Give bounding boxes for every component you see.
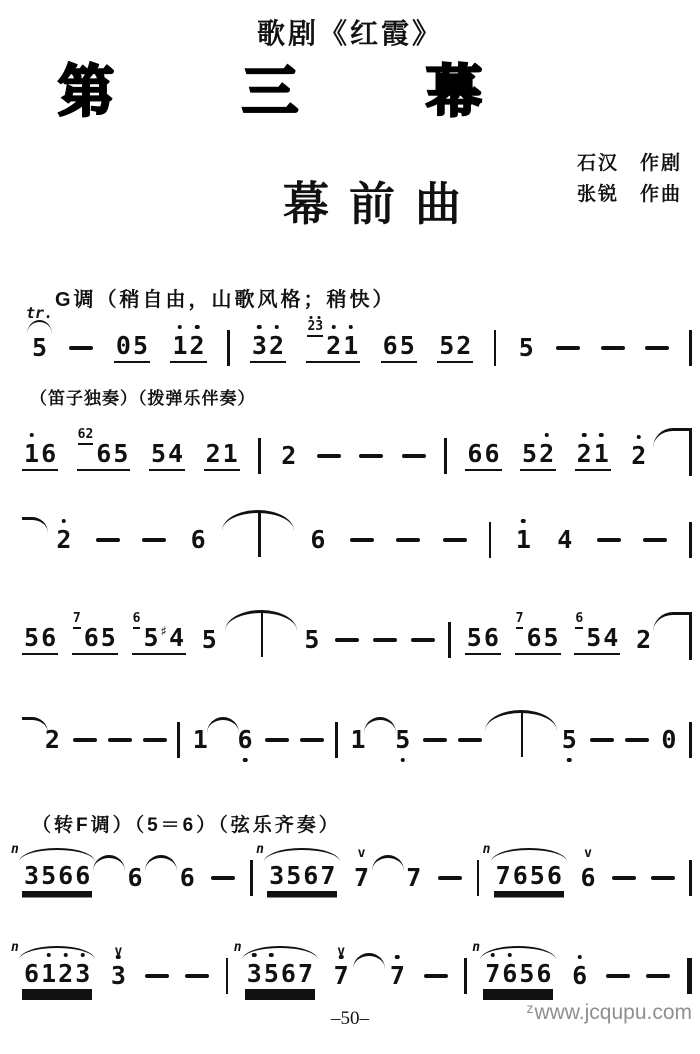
octave-dot-low — [243, 758, 248, 763]
duration-dash — [96, 538, 120, 542]
note-digit: 2 — [44, 727, 61, 753]
note-group: 56 — [465, 625, 501, 655]
note-group: 6 — [570, 963, 589, 989]
note-group: 52 — [437, 333, 473, 363]
duration-dash — [458, 738, 482, 742]
note-group: 7 — [404, 865, 423, 891]
note-digit: 6 — [571, 963, 588, 989]
note-digit: 7 — [495, 863, 512, 889]
duration-dash — [373, 638, 397, 642]
note-digit: 5 — [263, 961, 280, 987]
measure-barline — [258, 438, 261, 474]
note-digit: 6 — [74, 863, 91, 889]
grace-notes: 6 — [575, 612, 583, 629]
note-digit: 6 — [535, 961, 552, 987]
mordent-ornament: n — [472, 940, 480, 955]
note-digit: 0 — [660, 727, 677, 753]
note-group: 2 — [634, 627, 653, 653]
note-group: n3566 — [22, 863, 92, 893]
measure-barline — [464, 958, 467, 994]
tie-hook-in — [22, 517, 48, 535]
note-digit: 2 — [280, 443, 297, 469]
note-digit: 2 — [635, 627, 652, 653]
note-digit: 1 — [342, 333, 359, 359]
grace-notes: 7 — [73, 612, 81, 629]
notation-system-1: tr.5051232232165525 — [30, 322, 692, 374]
notation-system-6: n356666n3567v77n7656v6 — [22, 852, 692, 904]
duration-dash — [69, 346, 93, 350]
grace-notes: 7 — [516, 612, 524, 629]
note-group: 765 — [515, 625, 561, 655]
duration-dash — [590, 738, 614, 742]
note-group: n3567 — [267, 863, 337, 893]
note-digit: 5 — [518, 961, 535, 987]
mordent-ornament: n — [11, 842, 19, 857]
octave-dot-high — [637, 435, 642, 440]
octave-dot-high — [348, 325, 353, 330]
note-digit: 7 — [405, 865, 422, 891]
tie-hook-out — [653, 428, 692, 476]
duration-dash — [612, 876, 636, 880]
note-digit: 2 — [325, 333, 342, 359]
note-digit: 5 — [543, 625, 560, 651]
note-group: 765 — [72, 625, 118, 655]
slur-arc — [207, 717, 239, 733]
octave-dot-high — [257, 325, 262, 330]
octave-dot-high — [29, 433, 34, 438]
note-group: 6 — [236, 727, 255, 753]
note-digit: 5 — [201, 627, 218, 653]
mordent-ornament: n — [11, 940, 19, 955]
notation-system-2: 166265542126652212 — [22, 430, 692, 482]
measure-barline — [226, 958, 229, 994]
note-group: 65 — [381, 333, 417, 363]
duration-dash — [73, 738, 97, 742]
note-digit: 6 — [57, 863, 74, 889]
note-group: n7656 — [483, 961, 553, 991]
octave-dot-high — [195, 325, 200, 330]
tie-hook-out — [653, 612, 692, 660]
measure-barline — [335, 722, 338, 758]
note-digit: 1 — [23, 441, 40, 467]
note-group: 66 — [465, 441, 501, 471]
measure-barline — [689, 860, 692, 896]
note-group: 1 — [514, 527, 533, 553]
note-digit: 6 — [179, 865, 196, 891]
grace-notes: 23 — [307, 320, 323, 337]
note-digit: 5 — [23, 625, 40, 651]
note-digit: 6 — [78, 428, 86, 442]
note-group: 54 — [149, 441, 185, 471]
notation-system-7: n6123v3n3567v77n76566 — [22, 950, 692, 1002]
note-digit: 0 — [115, 333, 132, 359]
notation-system-4: 5676565♯455567656542 — [22, 614, 692, 666]
note-group: 6 — [189, 527, 208, 553]
note-group: 5 — [393, 727, 412, 753]
note-digit: 1 — [222, 441, 239, 467]
note-group: 1 — [349, 727, 368, 753]
duration-dash — [317, 454, 341, 458]
measure-barline — [689, 330, 692, 366]
notation-system-3: 26614 — [22, 514, 692, 566]
note-digit: 6 — [501, 961, 518, 987]
note-digit: 6 — [83, 625, 100, 651]
octave-dot-low — [567, 758, 572, 763]
note-digit: 2 — [57, 961, 74, 987]
note-group: 2321 — [306, 333, 360, 363]
note-digit: 4 — [556, 527, 573, 553]
note-group: 52 — [520, 441, 556, 471]
tie-over-barline — [225, 610, 297, 658]
accent-mark: v — [358, 846, 366, 861]
note-group: 6 — [308, 527, 327, 553]
slur-arc — [93, 855, 125, 871]
note-digit: 5 — [438, 333, 455, 359]
note-digit: 2 — [55, 527, 72, 553]
note-digit: 2 — [85, 428, 93, 442]
note-digit: 3 — [110, 963, 127, 989]
note-digit: 2 — [189, 333, 206, 359]
duration-dash — [142, 538, 166, 542]
duration-dash — [145, 974, 169, 978]
note-digit: 2 — [268, 333, 285, 359]
note-group: 2 — [43, 727, 62, 753]
duration-dash — [424, 974, 448, 978]
duration-dash — [350, 538, 374, 542]
duration-dash — [185, 974, 209, 978]
mordent-ornament: n — [234, 940, 242, 955]
grace-notes: 6 — [133, 612, 141, 629]
note-digit: 5 — [561, 727, 578, 753]
duration-dash — [646, 974, 670, 978]
note-digit: 1 — [593, 441, 610, 467]
slur-arc — [364, 717, 396, 733]
note-group: 654 — [574, 625, 620, 655]
note-group: 6 — [125, 865, 144, 891]
duration-dash — [625, 738, 649, 742]
note-digit: 6 — [237, 727, 254, 753]
note-digit: 2 — [576, 441, 593, 467]
duration-dash — [396, 538, 420, 542]
note-group: 2 — [54, 527, 73, 553]
note-digit: 6 — [483, 625, 500, 651]
octave-dot-high — [318, 316, 321, 319]
note-digit: 6 — [382, 333, 399, 359]
note-group: n6123 — [22, 961, 92, 991]
octave-dot-high — [339, 955, 344, 960]
slur-arc-over-group — [19, 946, 95, 960]
measure-barline — [227, 330, 230, 366]
note-group: 12 — [170, 333, 206, 363]
note-group: 32 — [250, 333, 286, 363]
note-digit: 2 — [307, 320, 315, 334]
note-digit: 1 — [40, 961, 57, 987]
note-group: 7 — [388, 963, 407, 989]
measure-barline — [177, 722, 180, 758]
note-digit: 3 — [246, 961, 263, 987]
note-digit: 7 — [73, 612, 81, 626]
note-digit: 5 — [150, 441, 167, 467]
mordent-ornament: n — [483, 842, 491, 857]
slur-arc-over-group — [480, 946, 556, 960]
duration-dash — [443, 538, 467, 542]
note-digit: 7 — [333, 963, 350, 989]
note-digit: 5 — [466, 625, 483, 651]
note-digit: ♯ — [160, 625, 168, 640]
duration-dash — [359, 454, 383, 458]
note-digit: 3 — [315, 320, 323, 334]
duration-dash — [601, 346, 625, 350]
note-digit: 2 — [630, 443, 647, 469]
slur-arc-over-group — [27, 320, 52, 334]
note-digit: 7 — [353, 865, 370, 891]
note-group: v3 — [109, 963, 128, 989]
note-digit: 4 — [602, 625, 619, 651]
measure-barline — [689, 522, 692, 558]
note-digit: 7 — [389, 963, 406, 989]
note-digit: 3 — [23, 863, 40, 889]
duration-dash — [438, 876, 462, 880]
octave-dot-high — [331, 325, 336, 330]
note-digit: 4 — [168, 625, 185, 651]
slur-arc — [372, 855, 404, 871]
note-group: 2 — [629, 443, 648, 469]
note-digit: 6 — [126, 865, 143, 891]
note-digit: 6 — [280, 961, 297, 987]
note-digit: 1 — [350, 727, 367, 753]
note-digit: 5 — [521, 441, 538, 467]
octave-dot-high — [274, 325, 279, 330]
measure-barline — [689, 722, 692, 758]
note-digit: 6 — [580, 865, 597, 891]
duration-dash — [211, 876, 235, 880]
note-group: n3567 — [245, 961, 315, 991]
note-digit: 6 — [133, 612, 141, 626]
note-digit: 3 — [251, 333, 268, 359]
note-group: n7656 — [494, 863, 564, 893]
tie-over-barline — [222, 510, 294, 558]
watermark-z-icon: z — [526, 1000, 533, 1016]
duration-dash — [423, 738, 447, 742]
note-digit: 5 — [285, 863, 302, 889]
note-group: 5 — [517, 335, 536, 361]
measure-barline — [477, 860, 480, 896]
slur-arc-over-group — [242, 946, 318, 960]
measure-barline — [489, 522, 492, 558]
note-group: 2 — [279, 443, 298, 469]
note-digit: 3 — [74, 961, 91, 987]
note-digit: 6 — [23, 961, 40, 987]
note-group: 65♯4 — [132, 625, 186, 655]
octave-dot-high — [178, 325, 183, 330]
note-group: 6 — [178, 865, 197, 891]
final-barline — [687, 958, 692, 994]
note-digit: 5 — [132, 333, 149, 359]
accent-mark: v — [584, 846, 592, 861]
slur-arc-over-group — [19, 848, 95, 862]
note-digit: 6 — [575, 612, 583, 626]
note-group: 1 — [191, 727, 210, 753]
measure-barline — [448, 622, 451, 658]
note-digit: 7 — [516, 612, 524, 626]
duration-dash — [108, 738, 132, 742]
note-digit: 5 — [100, 625, 117, 651]
note-digit: 6 — [483, 441, 500, 467]
measure-barline — [250, 860, 253, 896]
note-group: 5 — [302, 627, 321, 653]
note-digit: 6 — [512, 863, 529, 889]
note-digit: 1 — [515, 527, 532, 553]
notation-system-5: 2161550 — [22, 714, 692, 766]
note-digit: 3 — [268, 863, 285, 889]
note-digit: 5 — [112, 441, 129, 467]
note-digit: 5 — [399, 333, 416, 359]
note-digit: 4 — [167, 441, 184, 467]
octave-dot-high — [521, 519, 526, 524]
watermark: zwww.jcqupu.com — [526, 1000, 692, 1025]
note-digit: 5 — [394, 727, 411, 753]
duration-dash — [411, 638, 435, 642]
octave-dot-high — [62, 519, 67, 524]
grace-notes: 62 — [78, 428, 94, 445]
duration-dash — [265, 738, 289, 742]
note-group: 56 — [22, 625, 58, 655]
note-digit: 7 — [297, 961, 314, 987]
slur-arc-over-group — [491, 848, 567, 862]
mordent-ornament: n — [256, 842, 264, 857]
note-group: 5 — [560, 727, 579, 753]
note-group: 5 — [200, 627, 219, 653]
octave-dot-high — [310, 316, 313, 319]
note-group: v6 — [579, 865, 598, 891]
duration-dash — [556, 346, 580, 350]
duration-dash — [651, 876, 675, 880]
note-group: 21 — [575, 441, 611, 471]
score-page: 歌剧《红霞》 第三幕 石汉 作剧 张锐 作曲 幕前曲 G调（稍自由，山歌风格；稍… — [0, 0, 700, 1054]
note-digit: 1 — [171, 333, 188, 359]
measure-barline — [494, 330, 497, 366]
note-digit: 5 — [142, 625, 159, 651]
note-group: v7 — [332, 963, 351, 989]
octave-dot-high — [582, 433, 587, 438]
note-digit: 6 — [309, 527, 326, 553]
note-digit: 1 — [192, 727, 209, 753]
note-digit: 6 — [40, 441, 57, 467]
slur-arc — [145, 855, 177, 871]
note-group: tr.5 — [30, 335, 49, 361]
duration-dash — [597, 538, 621, 542]
note-group: 16 — [22, 441, 58, 471]
note-digit: 6 — [546, 863, 563, 889]
notation-systems: tr.5051232232165525166265542126652212266… — [0, 0, 700, 1054]
note-digit: 2 — [205, 441, 222, 467]
note-digit: 7 — [319, 863, 336, 889]
duration-dash — [606, 974, 630, 978]
watermark-text: www.jcqupu.com — [534, 1001, 692, 1024]
octave-dot-high — [395, 955, 400, 960]
duration-dash — [143, 738, 167, 742]
note-group: v7 — [352, 865, 371, 891]
note-group: 6265 — [77, 441, 131, 471]
slur-arc-over-group — [264, 848, 340, 862]
note-digit: 6 — [302, 863, 319, 889]
note-digit: 6 — [190, 527, 207, 553]
note-digit: 5 — [303, 627, 320, 653]
note-group: 4 — [555, 527, 574, 553]
duration-dash — [335, 638, 359, 642]
note-digit: 2 — [538, 441, 555, 467]
duration-dash — [645, 346, 669, 350]
note-group: 05 — [114, 333, 150, 363]
note-digit: 6 — [466, 441, 483, 467]
octave-dot-high — [599, 433, 604, 438]
note-digit: 6 — [40, 625, 57, 651]
tie-over-barline — [485, 710, 557, 758]
note-group: 21 — [204, 441, 240, 471]
octave-dot-high — [544, 433, 549, 438]
note-digit: 5 — [40, 863, 57, 889]
octave-dot-high — [116, 955, 121, 960]
slur-arc — [353, 953, 385, 969]
note-digit: 5 — [585, 625, 602, 651]
duration-dash — [300, 738, 324, 742]
note-digit: 6 — [525, 625, 542, 651]
note-digit: 6 — [95, 441, 112, 467]
duration-dash — [402, 454, 426, 458]
duration-dash — [643, 538, 667, 542]
note-digit: 5 — [529, 863, 546, 889]
octave-dot-high — [577, 955, 582, 960]
note-digit: 5 — [31, 335, 48, 361]
note-digit: 7 — [484, 961, 501, 987]
measure-barline — [444, 438, 447, 474]
note-digit: 5 — [518, 335, 535, 361]
note-digit: 2 — [455, 333, 472, 359]
note-group: 0 — [659, 727, 678, 753]
octave-dot-low — [401, 758, 406, 763]
